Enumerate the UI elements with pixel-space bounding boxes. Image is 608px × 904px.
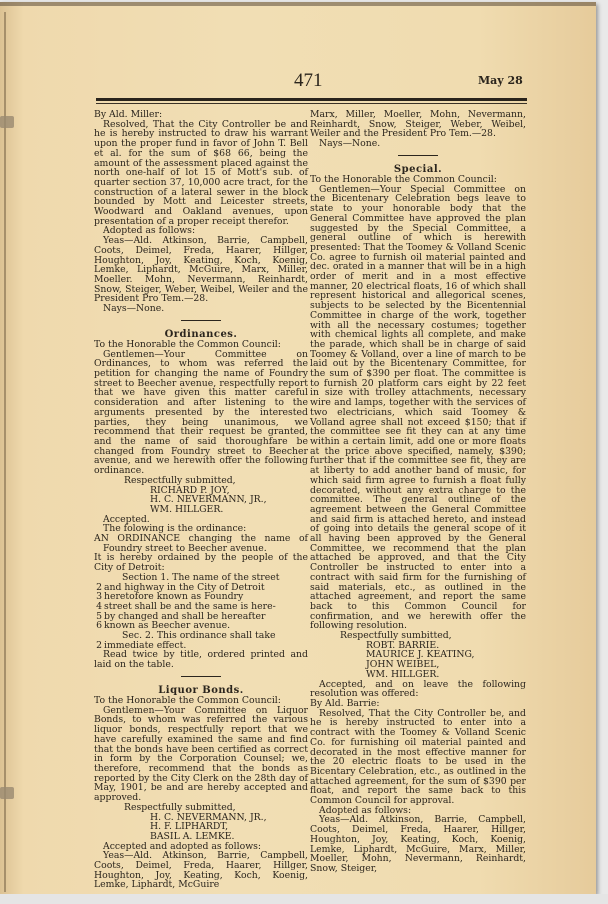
page-number: 471	[294, 70, 323, 92]
yeas-list: Yeas—Ald. Atkinson, Barrie, Campbell, Co…	[94, 236, 308, 304]
committee-report: Gentlemen—Your Committee on Ordinances, …	[94, 350, 308, 476]
ordinance-line: 2immediate effect.	[104, 641, 308, 651]
read-line: Read twice by title, ordered printed and…	[94, 650, 308, 669]
section-separator	[398, 155, 438, 157]
committee-report: Gentlemen—Your Committee on Liquor Bonds…	[94, 706, 308, 803]
line-number: 2	[94, 641, 102, 651]
nays-line: Nays—None.	[94, 304, 308, 314]
page-top-edge	[0, 2, 596, 6]
line-number: 6	[94, 621, 102, 631]
ordinance-title: AN ORDINANCE changing the name of Foundr…	[94, 534, 308, 553]
left-column: By Ald. Miller: Resolved, That the City …	[94, 110, 308, 890]
ordinance-section-1: Section 1. The name of the street 2and h…	[94, 573, 308, 651]
page-binding	[4, 12, 6, 892]
committee-report: Gentlemen—Your Special Committee on the …	[310, 185, 526, 631]
section-separator	[181, 320, 221, 322]
section-separator	[181, 676, 221, 678]
scanned-page: 471 May 28 By Ald. Miller: Resolved, Tha…	[0, 2, 596, 894]
header-rule-thin	[96, 103, 527, 104]
resolution-text: Resolved, That the City Controller be, a…	[310, 709, 526, 806]
resolution-text: Resolved, That the City Controller be an…	[94, 120, 308, 227]
binding-clip	[0, 116, 14, 128]
viewer-bottom-bar	[0, 894, 608, 904]
binding-clip	[0, 787, 14, 799]
right-column: Marx, Miller, Moeller, Mohn, Nevermann, …	[310, 110, 526, 874]
header-date: May 28	[478, 74, 523, 87]
nays-line: Nays—None.	[310, 139, 526, 149]
yeas-list-continued: Marx, Miller, Moeller, Mohn, Nevermann, …	[310, 110, 526, 139]
accepted-line: Accepted, and on leave the following res…	[310, 680, 526, 699]
yeas-list: Yeas—Ald. Atkinson, Barrie, Campbell, Co…	[310, 815, 526, 873]
ordained-line: It is hereby ordained by the people of t…	[94, 553, 308, 572]
header-rule	[96, 98, 527, 101]
yeas-list: Yeas—Ald. Atkinson, Barrie, Campbell, Co…	[94, 851, 308, 890]
